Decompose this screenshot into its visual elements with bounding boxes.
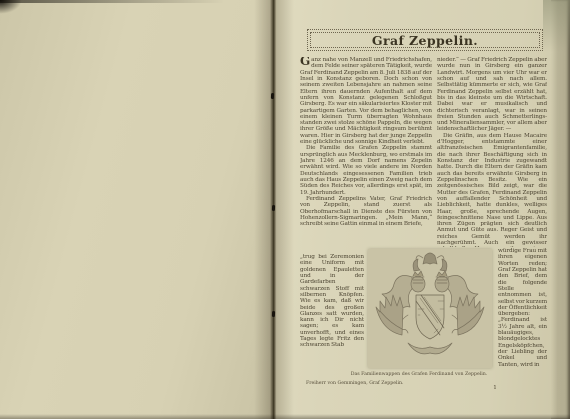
paragraph: Ganz nahe von Manzell und Friedrichshafe… xyxy=(300,57,432,145)
column-left-main: Ganz nahe von Manzell und Friedrichshafe… xyxy=(300,57,432,253)
zeppelin-family-coat-of-arms-icon xyxy=(368,249,492,368)
paragraph: würdige Frau mit ihren eigenen Worten re… xyxy=(498,248,547,368)
paragraph: Ferdinand Zeppelins Vater, Graf Friedric… xyxy=(300,196,432,228)
gutter-stitch xyxy=(272,311,275,317)
book-photo: Graf Zeppelin. Ganz nahe von Manzell und… xyxy=(0,0,570,419)
paragraph: „trug bei Zeremonien eine Uniform mit go… xyxy=(300,254,364,349)
column-right-main: nieder.“ — Graf Friedrich Zeppelin aber … xyxy=(437,57,547,247)
column-left-narrow: „trug bei Zeremonien eine Uniform mit go… xyxy=(300,254,364,378)
paragraph: nieder.“ — Graf Friedrich Zeppelin aber … xyxy=(437,57,547,133)
coat-of-arms-illustration xyxy=(368,249,492,368)
top-edge-shadow xyxy=(0,0,280,3)
figure-caption: Das Familienwappen des Grafen Ferdinand … xyxy=(338,372,500,377)
page-title: Graf Zeppelin. xyxy=(372,33,478,48)
gutter-stitch xyxy=(272,205,275,211)
gutter-stitch xyxy=(271,93,274,99)
column-right-narrow: würdige Frau mit ihren eigenen Worten re… xyxy=(498,248,547,374)
paragraph: Die Familie des Grafen Zeppelin stammt u… xyxy=(300,145,432,196)
title-box: Graf Zeppelin. xyxy=(307,29,543,51)
paragraph: Die Gräfin, aus dem Hause Macaire d'Hogg… xyxy=(437,133,547,247)
page-edge-stack xyxy=(551,0,570,419)
title-box-inner-border: Graf Zeppelin. xyxy=(310,32,540,48)
page-edge-corner-tint xyxy=(543,0,570,52)
signature-line: Freiherr von Gemmingen, Graf Zeppelin. xyxy=(306,381,456,386)
page-number: 1 xyxy=(470,385,520,391)
bottom-edge-shadow xyxy=(0,414,570,419)
left-blank-page xyxy=(0,0,272,419)
